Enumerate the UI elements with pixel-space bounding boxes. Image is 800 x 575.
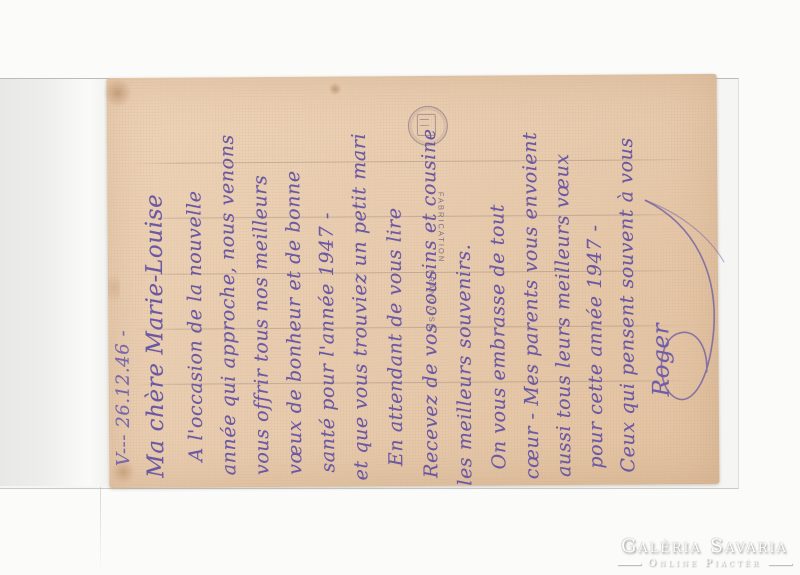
watermark-title: Galéria Savaria [617,535,792,557]
watermark-dash [768,563,792,565]
handwriting-line: aussi tous leurs meilleurs vœux [551,153,575,477]
album-page-edge [0,79,108,486]
handwriting-block: V--- 26.12.46 - Ma chère Marie-Louise A … [107,74,720,488]
handwriting-line: En attendant de vous lire [383,207,407,466]
sleeve-edge-shadow [100,487,101,575]
postcard-photo: FABRICATION FRANÇAISE V--- 26.12.46 - Ma… [0,0,800,575]
salutation-line: Ma chère Marie-Louise [141,194,169,478]
handwriting-line: A l'occasion de la nouvelle [183,190,207,461]
handwriting-line: On vous embrasse de tout [486,204,510,470]
watermark-dash [617,563,641,565]
handwriting-line: pour cette année 1947 - [584,224,608,468]
signature: Roger [648,323,675,397]
watermark: Galéria Savaria Online Piactér [617,535,792,569]
handwriting-line: et que vous trouviez un petit mari [348,133,372,481]
handwriting-line: année qui approche, nous venons [216,134,240,475]
handwriting-line: les meilleurs souvenirs. [453,244,477,486]
handwriting-line: vœux de bonheur et de bonne [282,170,306,475]
handwriting-line: santé pour l'année 1947 - [316,212,340,473]
handwriting-line: vous offrir tous nos meilleurs [249,175,273,476]
date-line: V--- 26.12.46 - [112,330,134,466]
handwriting-line: cœur - Mes parents vous envoient [519,132,543,480]
postcard: FABRICATION FRANÇAISE V--- 26.12.46 - Ma… [107,74,720,488]
signature-flourish [627,178,739,439]
watermark-subtitle: Online Piactér [648,558,761,569]
handwriting-line: Recevez de vos cousins et cousine [418,128,442,478]
